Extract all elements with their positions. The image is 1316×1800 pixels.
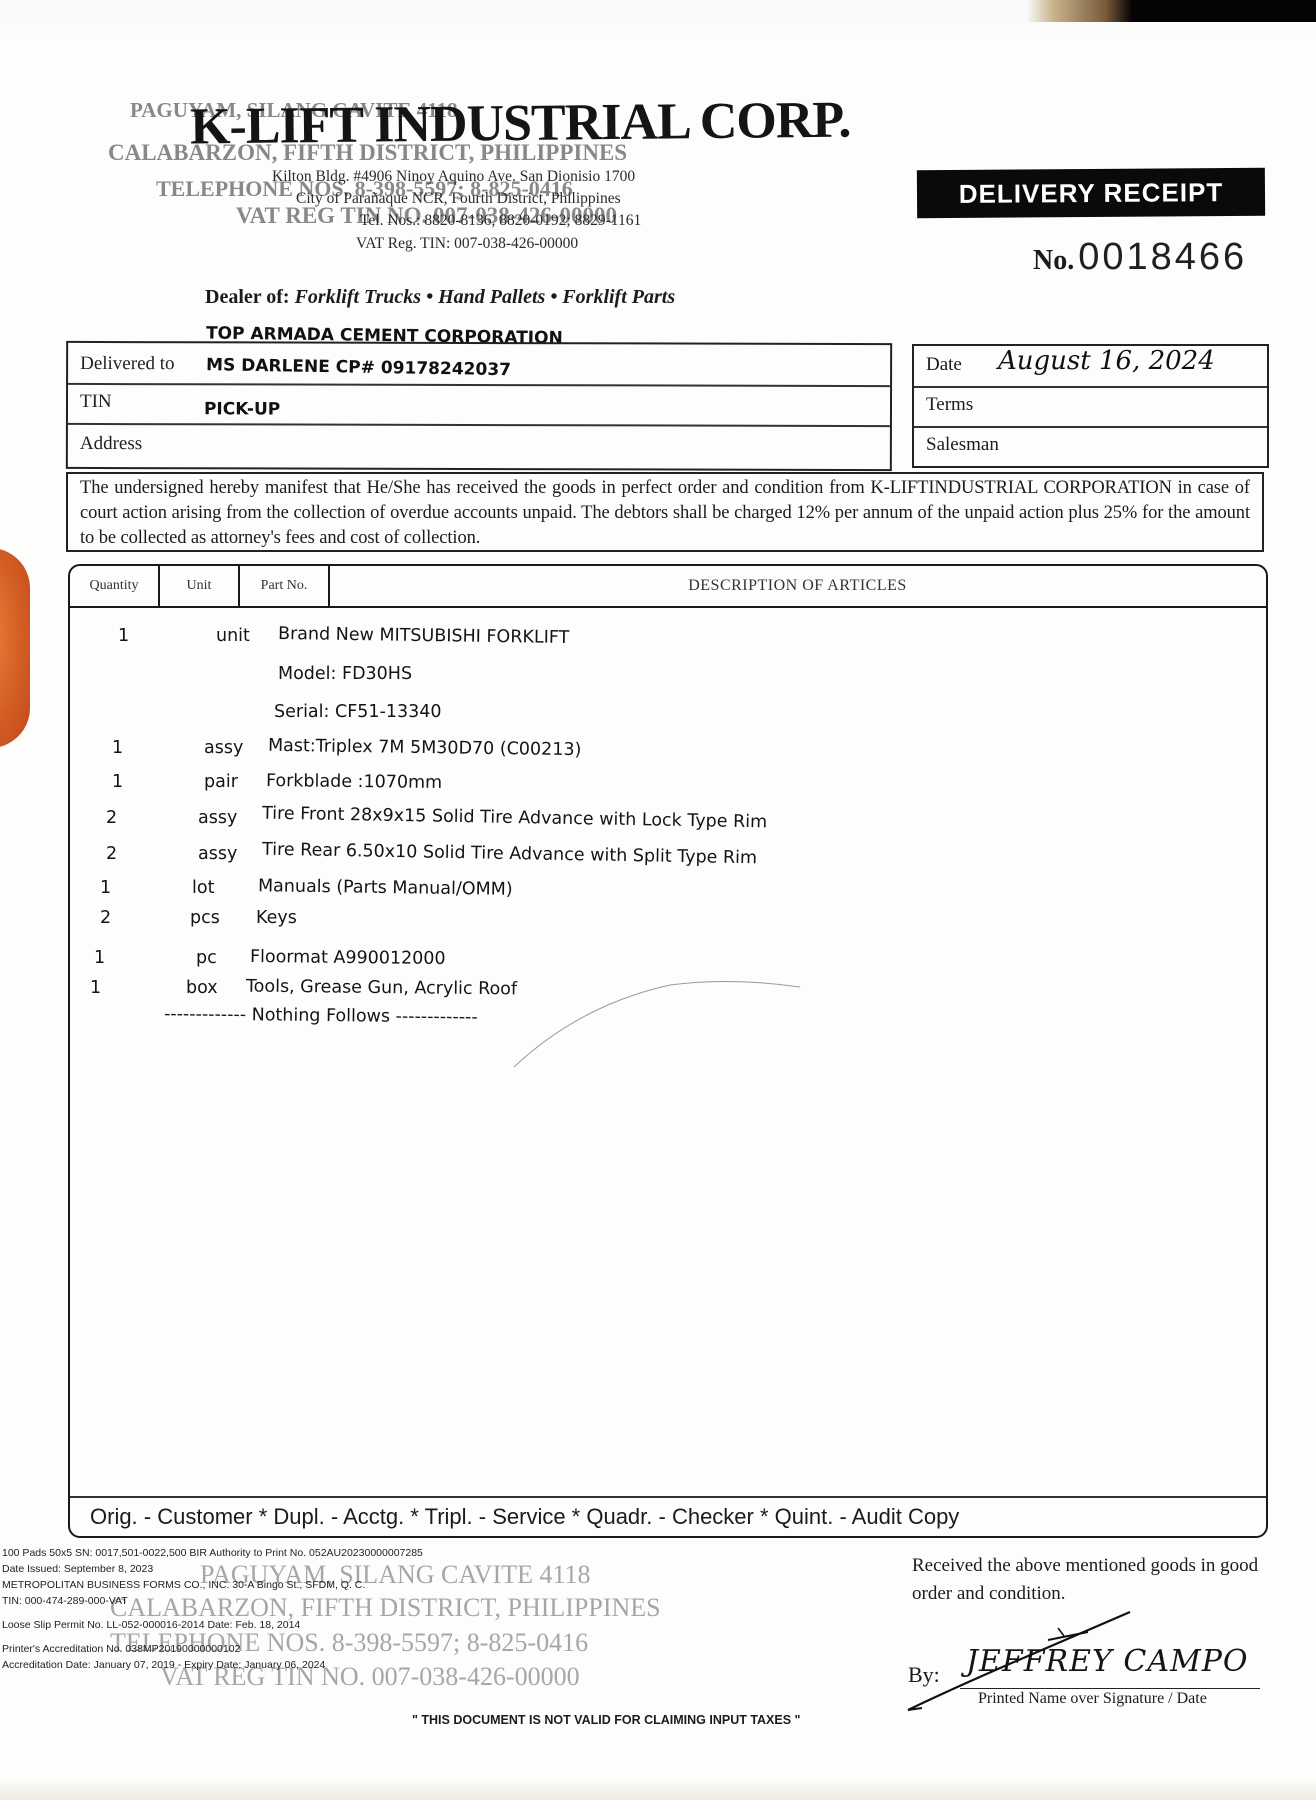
delivered-to-row: Delivered to MS DARLENE CP# 09178242037 (68, 343, 890, 387)
salesman-row: Salesman (914, 426, 1267, 466)
printer-info-line: 100 Pads 50x5 SN: 0017,501-0022,500 BIR … (2, 1545, 423, 1561)
terms-notice: The undersigned hereby manifest that He/… (66, 472, 1264, 552)
item-unit: assy (198, 808, 237, 828)
item-quantity: 1 (94, 948, 105, 968)
pen-stray-mark-icon (510, 975, 810, 1075)
date-value[interactable]: August 16, 2024 (998, 346, 1215, 376)
company-name: K-LIFT INDUSTRIAL CORP. (190, 91, 851, 157)
date-label: Date (926, 354, 962, 376)
item-quantity: 2 (106, 808, 117, 828)
item-unit: lot (192, 878, 214, 898)
dealer-line: Dealer of: Forklift Trucks • Hand Pallet… (205, 286, 675, 309)
table-header: Quantity Unit Part No. DESCRIPTION OF AR… (70, 566, 1266, 608)
item-quantity: 2 (100, 908, 111, 928)
printer-info-line: METROPOLITAN BUSINESS FORMS CO., INC. 30… (2, 1577, 423, 1593)
thumb-holding-paper (0, 548, 30, 748)
received-statement: Received the above mentioned goods in go… (912, 1552, 1282, 1608)
item-description: Serial: CF51-13340 (274, 702, 442, 722)
item-quantity: 1 (90, 978, 101, 998)
column-description: DESCRIPTION OF ARTICLES (330, 566, 1265, 606)
delivered-to-label: Delivered to (80, 353, 174, 375)
item-description: Mast:Triplex 7M 5M30D70 (C00213) (268, 736, 582, 760)
company-tin-line: VAT Reg. TIN: 007-038-426-00000 (356, 235, 578, 253)
date-row: Date August 16, 2024 (914, 346, 1267, 388)
item-unit: pcs (190, 908, 220, 928)
tin-row: TIN PICK-UP (68, 383, 890, 427)
company-address-line: Kilton Bldg. #4906 Ninoy Aquino Ave. San… (272, 168, 635, 186)
terms-row: Terms (914, 386, 1267, 428)
column-part-no: Part No. (240, 566, 330, 606)
dealer-label: Dealer of: (205, 286, 290, 308)
item-description: Forkblade :1070mm (266, 771, 442, 793)
item-description: Tire Rear 6.50x10 Solid Tire Advance wit… (262, 840, 757, 869)
address-row: Address (68, 423, 890, 465)
document-type-banner: DELIVERY RECEIPT (917, 168, 1265, 218)
item-unit: assy (204, 738, 243, 758)
printer-info-line: TIN: 000-474-289-000-VAT (2, 1593, 423, 1609)
printer-info-line: Loose Slip Permit No. LL-052-000016-2014… (2, 1617, 423, 1633)
item-unit: pair (204, 772, 238, 792)
date-terms-box: Date August 16, 2024 Terms Salesman (912, 344, 1269, 468)
item-unit: box (186, 978, 218, 998)
tin-value[interactable]: PICK-UP (204, 399, 280, 419)
printer-info-line: Accreditation Date: January 07, 2019 - E… (2, 1657, 423, 1673)
item-description: Keys (256, 908, 297, 928)
item-unit: unit (216, 626, 250, 646)
tax-disclaimer: " THIS DOCUMENT IS NOT VALID FOR CLAIMIN… (412, 1713, 800, 1727)
item-quantity: 1 (112, 738, 123, 758)
printer-info: 100 Pads 50x5 SN: 0017,501-0022,500 BIR … (2, 1545, 423, 1673)
terms-label: Terms (926, 394, 973, 416)
column-quantity: Quantity (70, 566, 160, 606)
item-description: Model: FD30HS (278, 664, 412, 684)
address-label: Address (80, 433, 142, 455)
item-description: Tools, Grease Gun, Acrylic Roof (246, 977, 517, 1000)
signature-caption: Printed Name over Signature / Date (978, 1690, 1207, 1708)
signature-line (960, 1688, 1260, 1689)
salesman-label: Salesman (926, 434, 999, 456)
copies-legend: Orig. - Customer * Dupl. - Acctg. * Trip… (70, 1496, 1266, 1536)
by-label: By: (908, 1662, 940, 1688)
dealer-items: Forklift Trucks • Hand Pallets • Forklif… (295, 286, 676, 308)
item-description: Manuals (Parts Manual/OMM) (258, 876, 513, 900)
item-quantity: 1 (112, 772, 123, 792)
company-phone-line: Tel. Nos.: 8820-8136, 8820-0192; 8829-11… (360, 212, 641, 230)
photo-background-bottom (0, 1780, 1316, 1800)
item-quantity: 1 (118, 626, 129, 646)
item-unit: pc (196, 948, 217, 968)
customer-info-box: Delivered to MS DARLENE CP# 09178242037 … (66, 341, 892, 471)
printer-info-line: Date Issued: September 8, 2023 (2, 1561, 423, 1577)
nothing-follows-marker: ------------- Nothing Follows ----------… (164, 1004, 478, 1027)
receipt-number: No. 0018466 (1033, 236, 1247, 279)
paper-top-edge (0, 22, 1316, 34)
tin-label: TIN (80, 391, 112, 413)
item-description: Tire Front 28x9x15 Solid Tire Advance wi… (262, 804, 767, 833)
printer-info-line: Printer's Accreditation No. 038MP2019000… (2, 1641, 423, 1657)
item-description: Brand New MITSUBISHI FORKLIFT (278, 624, 570, 648)
company-address-line: City of Parañaque NCR, Fourth District, … (296, 190, 621, 208)
item-quantity: 2 (106, 844, 117, 864)
item-unit: assy (198, 844, 237, 864)
delivered-to-value[interactable]: MS DARLENE CP# 09178242037 (206, 355, 511, 380)
item-quantity: 1 (100, 878, 111, 898)
receipt-number-value: 0018466 (1078, 236, 1247, 278)
column-unit: Unit (160, 566, 240, 606)
receipt-number-label: No. (1033, 245, 1074, 276)
item-description: Floormat A990012000 (250, 947, 446, 969)
